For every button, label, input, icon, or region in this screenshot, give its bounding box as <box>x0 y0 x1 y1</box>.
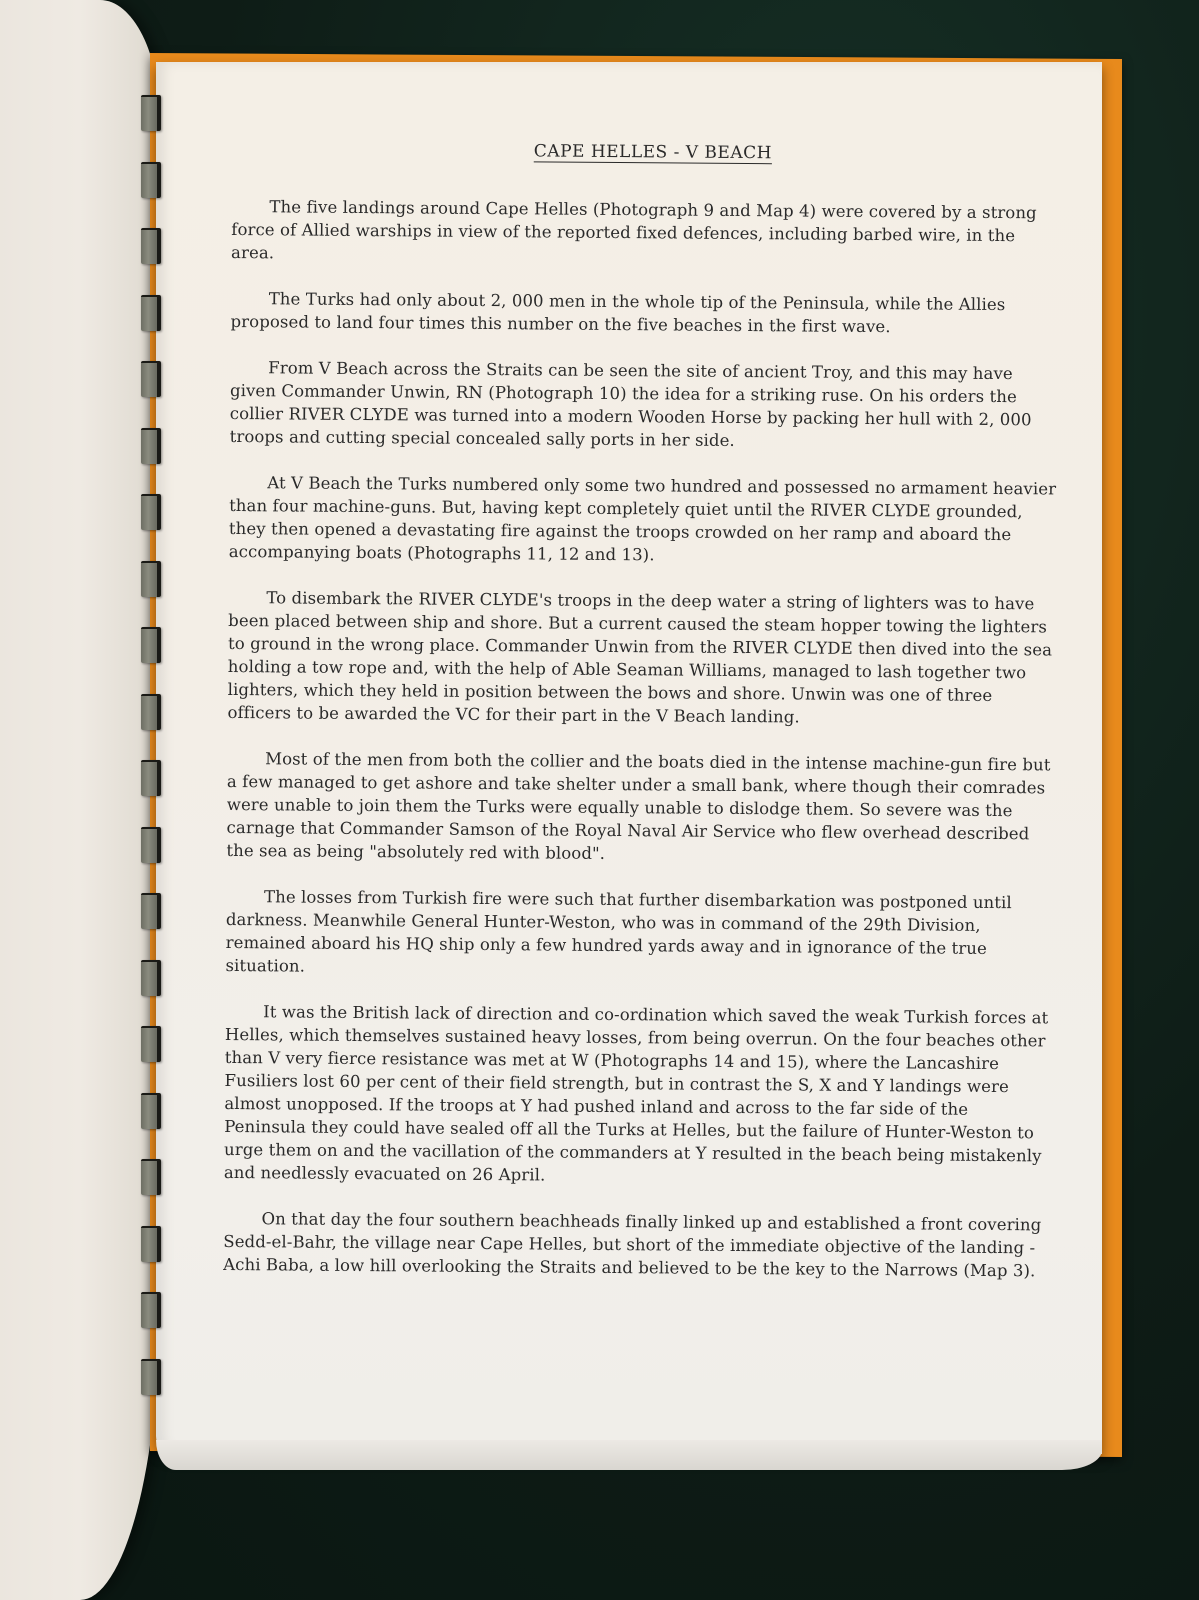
binding-comb <box>141 694 161 730</box>
paragraph: At V Beach the Turks numbered only some … <box>229 471 1060 570</box>
binding-comb <box>141 561 161 597</box>
paragraph: From V Beach across the Straits can be s… <box>230 356 1061 455</box>
binding-comb <box>141 162 161 198</box>
page-bottom-curl <box>156 1440 1102 1470</box>
paragraph: The losses from Turkish fire were such t… <box>225 885 1056 984</box>
page-content: CAPE HELLES - V BEACH The five landings … <box>223 138 1062 1305</box>
binding-comb <box>141 893 161 929</box>
paragraph: The five landings around Cape Helles (Ph… <box>231 195 1062 271</box>
binding-comb <box>141 1093 161 1129</box>
binding-comb <box>141 960 161 996</box>
binding-comb <box>141 1226 161 1262</box>
binding-comb <box>141 295 161 331</box>
binding-comb <box>141 1292 161 1328</box>
binding-comb <box>141 361 161 397</box>
paragraph: To disembark the RIVER CLYDE's troops in… <box>227 586 1058 731</box>
binding-comb <box>141 95 161 131</box>
binding-comb <box>141 760 161 796</box>
page-title-text: CAPE HELLES - V BEACH <box>534 141 772 163</box>
binding-comb <box>141 1026 161 1062</box>
facing-page <box>0 0 160 1600</box>
binding-comb <box>141 228 161 264</box>
binding-comb <box>141 827 161 863</box>
paragraph: The Turks had only about 2, 000 men in t… <box>230 287 1060 340</box>
binding-comb <box>141 1159 161 1195</box>
binding-comb <box>141 627 161 663</box>
binding-comb <box>141 494 161 530</box>
paragraph: Most of the men from both the collier an… <box>226 747 1057 869</box>
comb-binding <box>141 95 163 1415</box>
paragraph: On that day the four southern beachheads… <box>223 1207 1054 1283</box>
paragraph: It was the British lack of direction and… <box>224 1000 1055 1191</box>
binding-comb <box>141 1359 161 1395</box>
binding-comb <box>141 428 161 464</box>
